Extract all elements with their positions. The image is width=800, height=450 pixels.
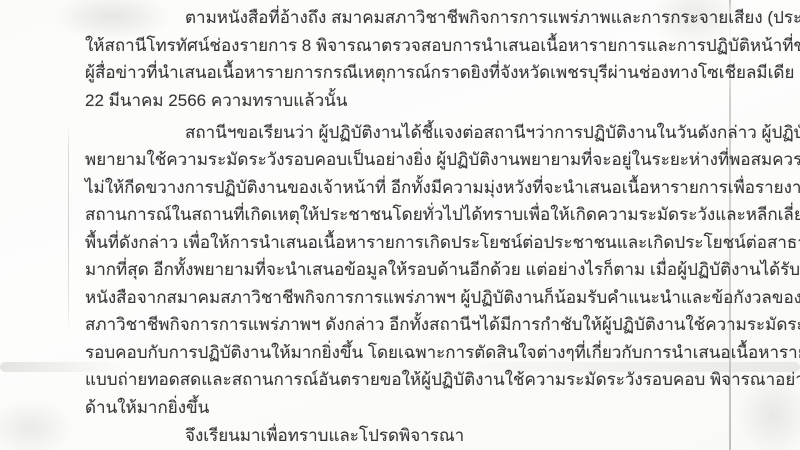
- text-line: ให้สถานีโทรทัศน์ช่องรายการ 8 พิจารณาตรวจ…: [85, 32, 722, 60]
- scan-fold-line-left: [68, 126, 69, 331]
- text-line: พื้นที่ดังกล่าว เพื่อให้การนำเสนอเนื้อหา…: [85, 229, 722, 257]
- text-line: ผู้สื่อข่าวที่นำเสนอเนื้อหารายการกรณีเหต…: [85, 59, 722, 87]
- text-line: ตามหนังสือที่อ้างถึง สมาคมสภาวิชาชีพกิจก…: [85, 4, 722, 32]
- text-line: ด้านให้มากยิ่งขึ้น: [85, 394, 722, 422]
- text-line: สถานีฯขอเรียนว่า ผู้ปฏิบัติงานได้ชี้แจงต…: [85, 119, 722, 147]
- text-line: พยายามใช้ความระมัดระวังรอบคอบเป็นอย่างยิ…: [85, 146, 722, 174]
- text-line: สภาวิชาชีพกิจการการแพร่ภาพฯ ดังกล่าว อีก…: [85, 311, 722, 339]
- scanned-letter-page: ตามหนังสือที่อ้างถึง สมาคมสภาวิชาชีพกิจก…: [0, 0, 800, 450]
- text-line: รอบคอบกับการปฏิบัติงานให้มากยิ่งขึ้น โดย…: [85, 339, 722, 367]
- scan-smudge-bottom-left: [0, 398, 75, 450]
- text-line: มากที่สุด อีกทั้งพยายามที่จะนำเสนอข้อมูล…: [85, 256, 722, 284]
- closing-line: จึงเรียนมาเพื่อทราบและโปรดพิจารณา: [85, 422, 722, 450]
- text-line: 22 มีนาคม 2566 ความทราบแล้วนั้น: [85, 87, 722, 115]
- letter-body: ตามหนังสือที่อ้างถึง สมาคมสภาวิชาชีพกิจก…: [85, 4, 722, 449]
- text-line: ไม่ให้กีดขวางการปฏิบัติงานของเจ้าหน้าที่…: [85, 174, 722, 202]
- text-line: หนังสือจากสมาคมสภาวิชาชีพกิจการการแพร่ภา…: [85, 284, 722, 312]
- text-line: สถานการณ์ในสถานที่เกิดเหตุให้ประชาชนโดยท…: [85, 201, 722, 229]
- text-line: แบบถ่ายทอดสดและสถานการณ์อันตรายขอให้ผู้ป…: [85, 366, 722, 394]
